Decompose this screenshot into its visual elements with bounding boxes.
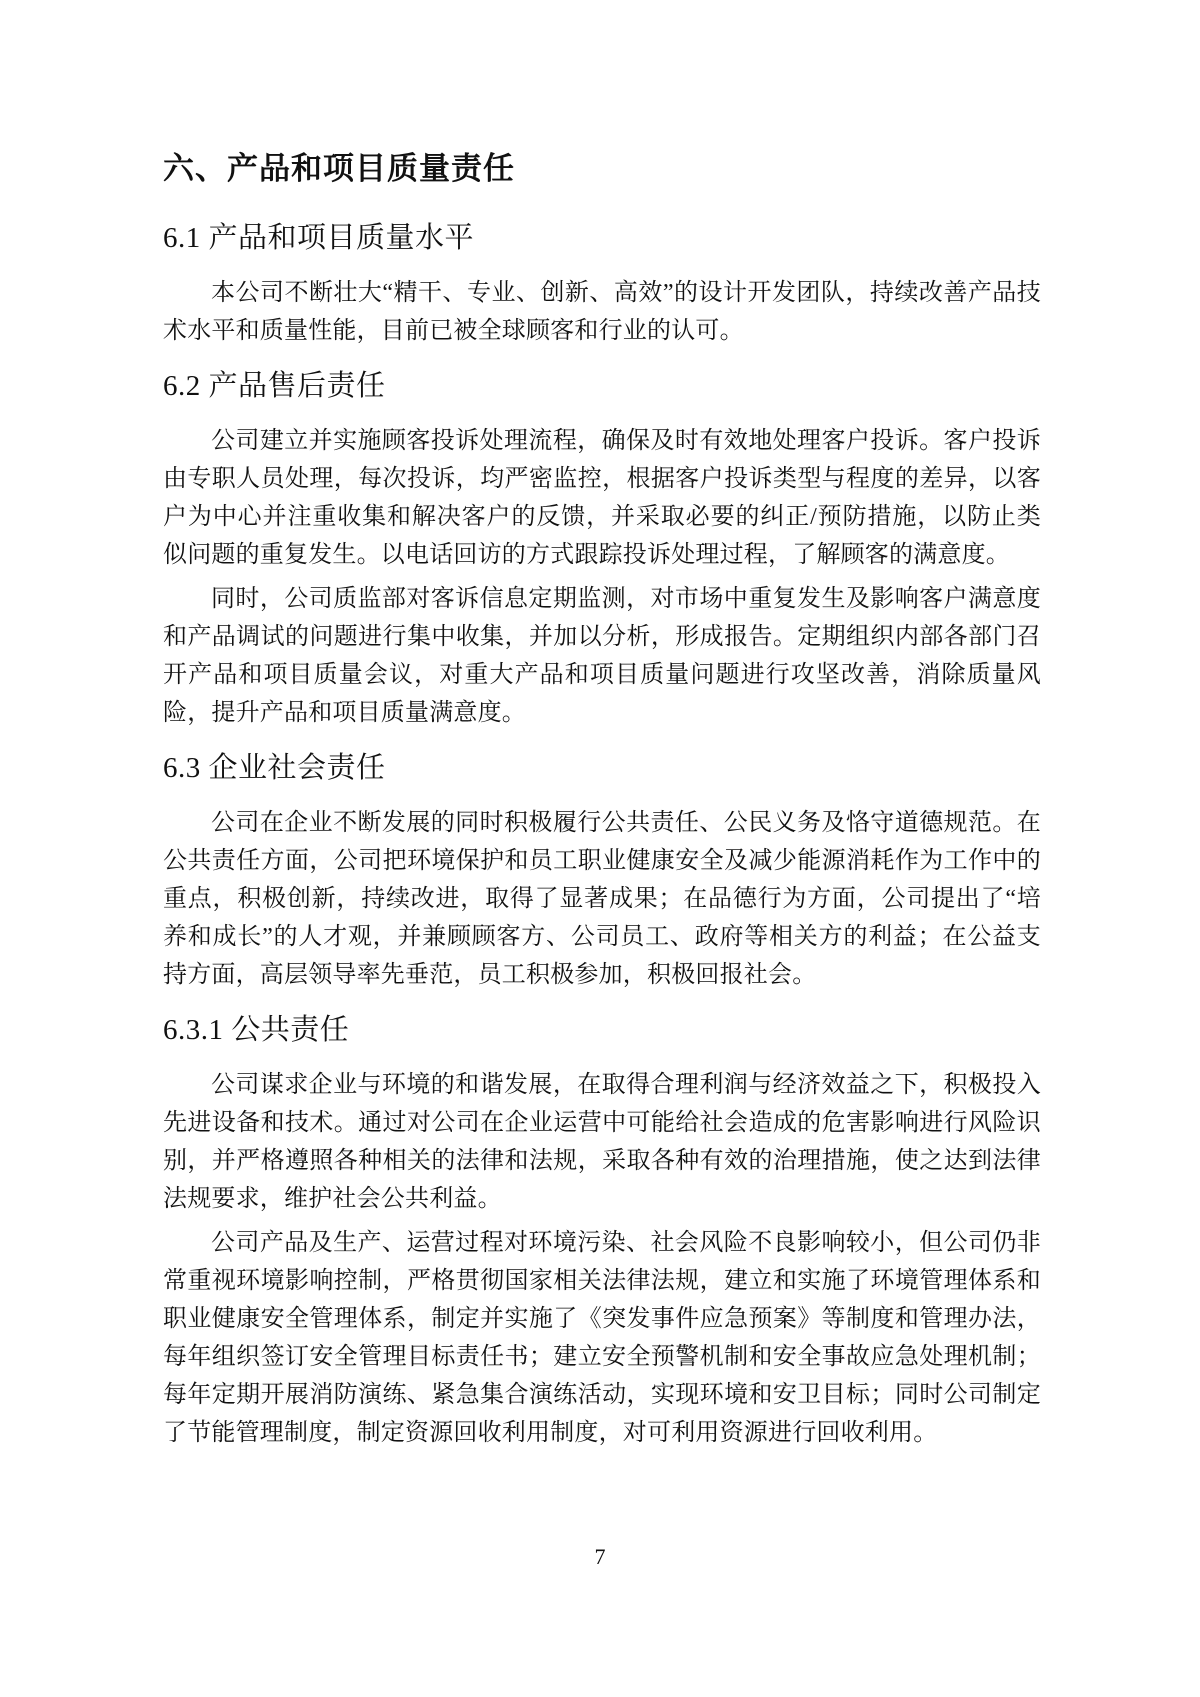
section-heading-6-3: 6.3 企业社会责任 [163,748,1041,788]
page-number: 7 [0,1543,1200,1571]
section-heading-6-2: 6.2 产品售后责任 [163,366,1041,406]
document-page: 六、产品和项目质量责任 6.1 产品和项目质量水平 本公司不断壮大“精干、专业、… [0,0,1200,1697]
page-title: 六、产品和项目质量责任 [163,150,1041,188]
paragraph: 公司在企业不断发展的同时积极履行公共责任、公民义务及恪守道德规范。在公共责任方面… [163,804,1041,994]
section-heading-6-1: 6.1 产品和项目质量水平 [163,218,1041,258]
document-content: 六、产品和项目质量责任 6.1 产品和项目质量水平 本公司不断壮大“精干、专业、… [163,150,1041,1458]
paragraph: 公司谋求企业与环境的和谐发展，在取得合理利润与经济效益之下，积极投入先进设备和技… [163,1066,1041,1218]
paragraph: 同时，公司质监部对客诉信息定期监测，对市场中重复发生及影响客户满意度和产品调试的… [163,580,1041,732]
paragraph: 公司产品及生产、运营过程对环境污染、社会风险不良影响较小，但公司仍非常重视环境影… [163,1224,1041,1452]
paragraph: 公司建立并实施顾客投诉处理流程，确保及时有效地处理客户投诉。客户投诉由专职人员处… [163,422,1041,574]
paragraph: 本公司不断壮大“精干、专业、创新、高效”的设计开发团队，持续改善产品技术水平和质… [163,274,1041,350]
section-heading-6-3-1: 6.3.1 公共责任 [163,1010,1041,1050]
